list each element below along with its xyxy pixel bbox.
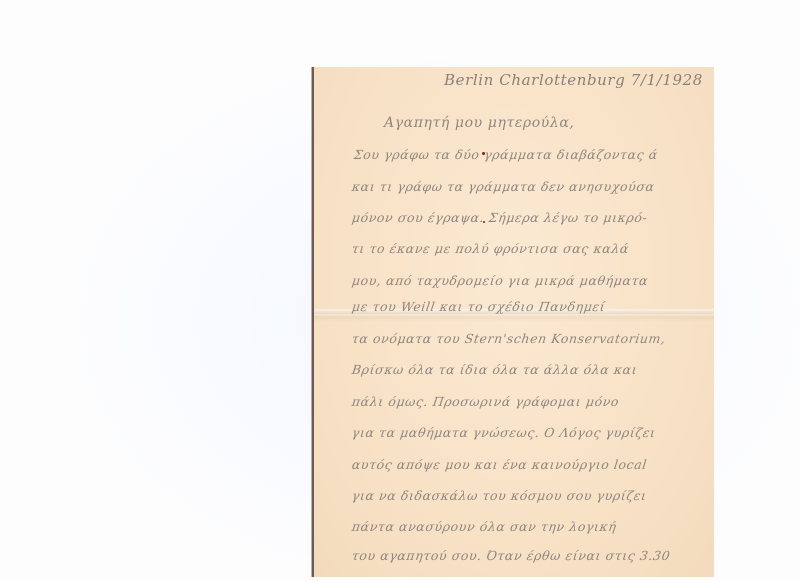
- letter-line: πάντα ανασύρουν όλα σαν την λογική: [351, 519, 618, 534]
- letter-line: για τα μαθήματα γνώσεως. Ο Λόγος γυρίζει: [351, 425, 657, 440]
- ink-stain-mark: [483, 221, 485, 223]
- letter-line: Σου γράφω τα δύο γράμματα διαβάζοντας ά: [353, 147, 659, 162]
- ink-stain-mark: [482, 152, 485, 155]
- letter-header-place-date: Berlin Charlottenburg 7/1/1928: [444, 71, 703, 89]
- letter-salutation: Αγαπητή μου μητερούλα,: [384, 115, 574, 131]
- letter-line: του αγαπητού σου. Όταν έρθω είναι στις 3…: [351, 548, 671, 563]
- letter-line: πάλι όμως. Προσωρινά γράφομαι μόνο: [351, 394, 620, 409]
- letter-line: τι το έκανε με πολύ φρόντισα σας καλά: [351, 241, 630, 256]
- scanned-page: Berlin Charlottenburg 7/1/1928 Αγαπητή μ…: [0, 0, 800, 581]
- letter-line: για να διδασκάλω του κόσμου σου γυρίζει: [351, 488, 648, 503]
- letter-line: αυτός απόψε μου και ένα καινούργιο local: [351, 457, 648, 472]
- letter-line: μόνον σου έγραψα. Σήμερα λέγω το μικρό-: [351, 210, 649, 225]
- letter-line: μου, από ταχυδρομείο για μικρά μαθήματα: [351, 273, 649, 288]
- letter-line: Βρίσκω όλα τα ίδια όλα τα άλλα όλα και: [351, 362, 638, 377]
- letter-line: τα ονόματα του Stern'schen Konservatoriu…: [351, 331, 667, 346]
- letter-line: με του Weill και το σχέδιο Πανδημεί: [351, 299, 606, 314]
- letter-paper: Berlin Charlottenburg 7/1/1928 Αγαπητή μ…: [312, 67, 714, 577]
- letter-line: και τι γράφω τα γράμματα δεν ανησυχούσα: [351, 179, 656, 194]
